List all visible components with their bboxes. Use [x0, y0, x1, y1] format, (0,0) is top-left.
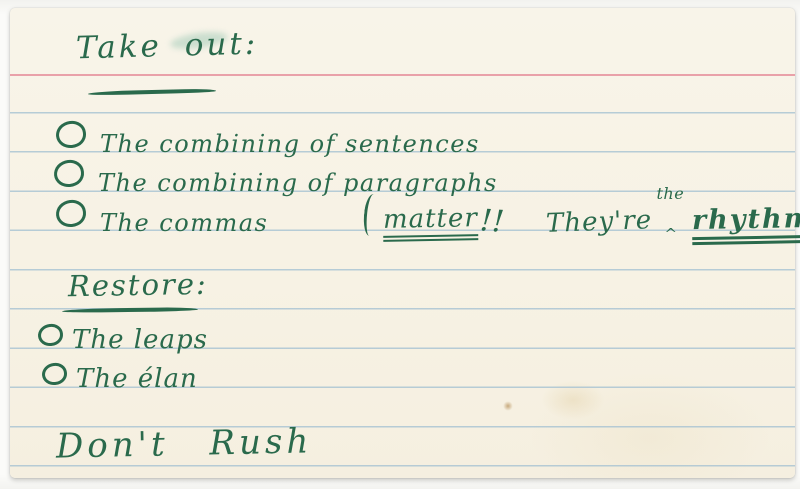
bullet-circle-icon: [55, 199, 88, 229]
theyre-text: They're: [546, 205, 653, 239]
scanned-photo-backdrop: Take out: The combining of sentences The…: [0, 0, 800, 489]
restore-item-leaps: The leaps: [38, 310, 208, 350]
commas-lead-text: The commas: [100, 209, 268, 237]
caret-insertion: the ^: [654, 192, 692, 232]
take-out-underline-stroke: [88, 88, 216, 95]
restore-item-elan: The élan: [42, 349, 198, 389]
bullet-circle-icon: [37, 323, 64, 347]
bullet-circle-icon: [41, 362, 68, 386]
pen-stroke: [362, 193, 381, 236]
restore-item-label: The élan: [76, 364, 198, 394]
caret-mark: ^: [664, 225, 677, 243]
take-out-item-commas: The commas matter !! They're the ^ rhyth…: [56, 183, 796, 232]
red-rule-line: [10, 74, 795, 76]
dont-rush-note: Don't Rush: [56, 421, 313, 466]
rhythm-emphasized-word: rhythm: [692, 203, 800, 245]
index-card: Take out: The combining of sentences The…: [10, 8, 795, 478]
inserted-word: the: [656, 184, 684, 203]
restore-heading: Restore:: [68, 267, 208, 303]
matter-emphasized-word: matter: [383, 203, 479, 242]
bullet-circle-icon: [55, 120, 88, 150]
exclamation-marks: !!: [479, 203, 506, 240]
take-out-heading: Take out:: [76, 26, 259, 67]
